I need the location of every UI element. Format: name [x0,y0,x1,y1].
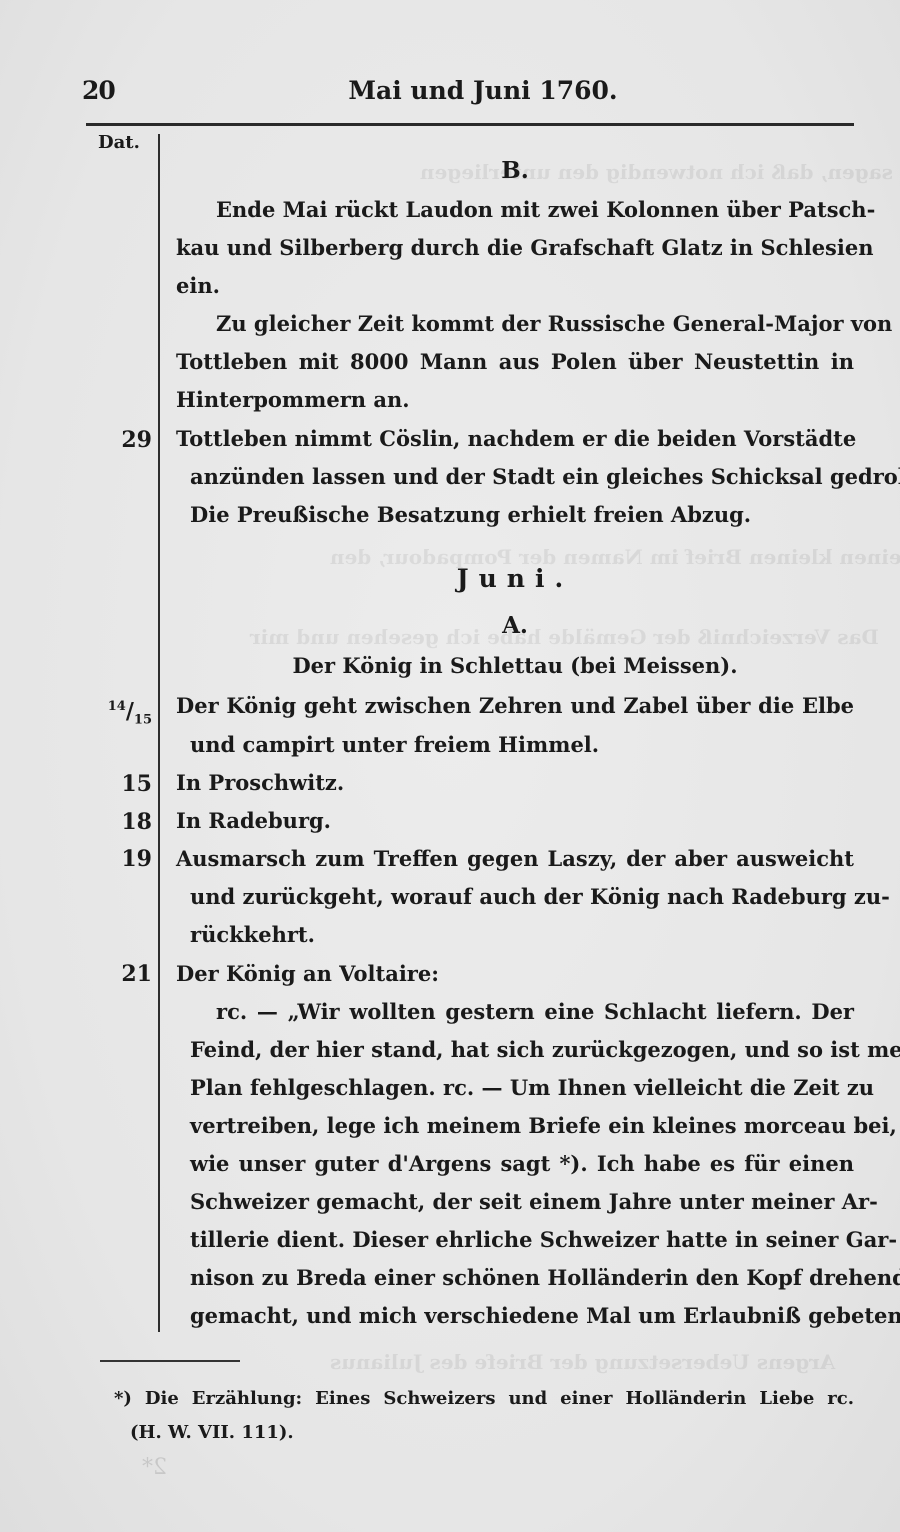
text-line: Tottleben mit 8000 Mann aus Polen über N… [176,343,854,381]
footnote-line: *) Die Erzählung: Eines Schweizers und e… [114,1382,854,1416]
text-line: In Proschwitz. [176,764,854,802]
text-line: Zu gleicher Zeit kommt der Russische Gen… [176,305,854,343]
date-column-rule [158,134,160,1332]
text-line: Der König an Voltaire: [176,955,854,993]
running-title: Mai und Juni 1760. [82,76,854,105]
letter-line: gemacht, und mich verschiedene Mal um Er… [176,1297,854,1335]
date-19: 19 [96,840,152,878]
text-line: und zurückgeht, worauf auch der König na… [176,878,854,916]
letter-line: Feind, der hier stand, hat sich zurückge… [176,1031,854,1069]
section-heading-b: B. [176,152,854,190]
footnote: *) Die Erzählung: Eines Schweizers und e… [114,1382,854,1450]
letter-line: Plan fehlgeschlagen. rc. — Um Ihnen viel… [176,1069,854,1107]
letter-line: Schweizer gemacht, der seit einem Jahre … [176,1183,854,1221]
text-line: kau und Silberberg durch die Grafschaft … [176,229,854,267]
letter-line: wie unser guter d'Argens sagt *). Ich ha… [176,1145,854,1183]
month-heading: Juni. [176,560,854,598]
text-line: In Radeburg. [176,802,854,840]
text-line: Der König geht zwischen Zehren und Zabel… [176,687,854,725]
letter-line: rc. — „Wir wollten gestern eine Schlacht… [176,993,854,1031]
footnote-rule [100,1360,240,1362]
letter-line: nison zu Breda einer schönen Holländerin… [176,1259,854,1297]
date-15: 15 [96,765,152,803]
text-line: Ende Mai rückt Laudon mit zwei Kolonnen … [176,191,854,229]
page-header: 20 Mai und Juni 1760. [82,72,854,112]
section-heading-a: A. [176,607,854,645]
date-18: 18 [96,803,152,841]
date-denominator: 15 [134,713,152,728]
text-line: Hinterpommern an. [176,381,854,419]
header-rule [86,123,854,126]
text-line: Die Preußische Besatzung erhielt freien … [176,496,854,534]
footnote-line: (H. W. VII. 111). [114,1416,854,1450]
signature-mark-bleed: 2* [142,1455,167,1480]
section-subtitle: Der König in Schlettau (bei Meissen). [176,647,854,685]
letter-line: vertreiben, lege ich meinem Briefe ein k… [176,1107,854,1145]
text-line: Ausmarsch zum Treffen gegen Laszy, der a… [176,840,854,878]
date-column-header: Dat. [98,132,140,153]
text-line: Tottleben nimmt Cöslin, nachdem er die b… [176,420,854,458]
date-14-15: 14/15 [96,688,152,740]
text-line: rückkehrt. [176,916,854,954]
date-29: 29 [96,421,152,459]
date-21: 21 [96,955,152,993]
date-numerator: 14 [108,699,126,714]
text-line: ein. [176,267,854,305]
letter-line: tillerie dient. Dieser ehrliche Schweize… [176,1221,854,1259]
book-page: wurde, was läßt sich also sagen, daß ich… [0,0,900,1532]
bleed-through-text: Argens Uebersetzung der Briefe des Julia… [330,1350,835,1374]
text-line: anzünden lassen und der Stadt ein gleich… [176,458,854,496]
text-line: und campirt unter freiem Himmel. [176,726,854,764]
